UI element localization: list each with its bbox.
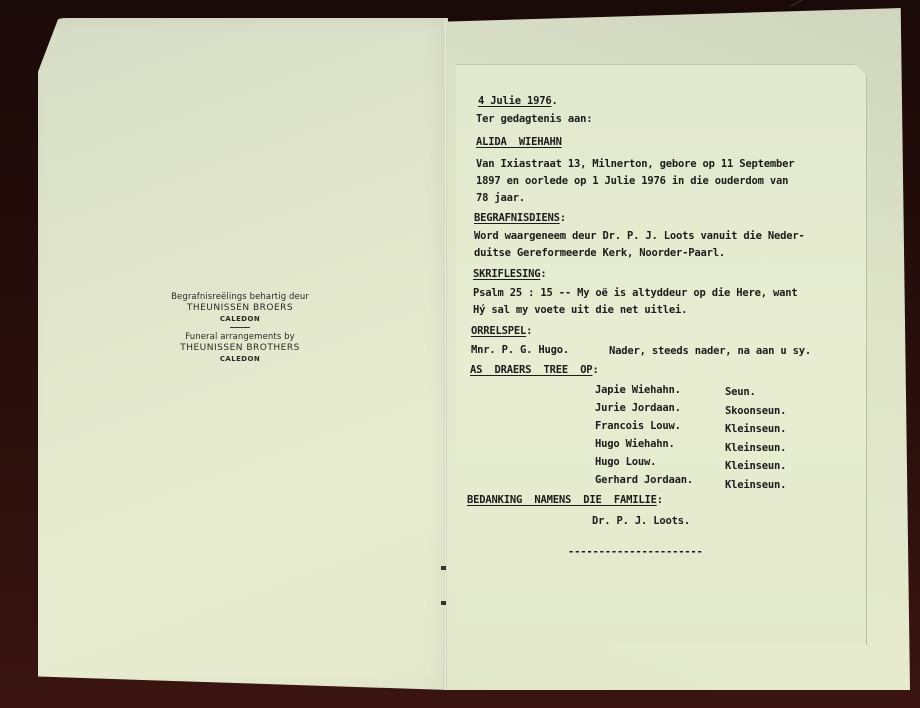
imprint-english-town: CALEDON <box>160 354 320 364</box>
closing-rule: ---------------------- <box>568 546 703 558</box>
bearer-relation: Skoonseun. <box>725 405 786 417</box>
bearer-relation: Kleinseun. <box>725 460 786 472</box>
dedication-line: Ter gedagtenis aan: <box>476 113 592 125</box>
bearer-relation: Seun. <box>725 386 756 398</box>
bearer-name: Hugo Louw. <box>595 456 656 468</box>
bearers-heading: AS DRAERS TREE OP: <box>470 364 599 376</box>
hymn-title: Nader, steeds nader, na aan u sy. <box>609 345 811 357</box>
booklet-spine <box>444 18 447 690</box>
imprint-english-company: THEUNISSEN BROTHERS <box>160 343 320 354</box>
bearer-name: Francois Louw. <box>595 420 681 432</box>
bearer-name: Japie Wiehahn. <box>595 384 681 396</box>
bearer-name: Gerhard Jordaan. <box>595 474 693 486</box>
scripture-heading: SKRIFLESING: <box>473 268 546 280</box>
bearer-name: Jurie Jordaan. <box>595 402 681 414</box>
imprint-english-caption: Funeral arrangements by <box>160 332 320 343</box>
bearer-relation: Kleinseun. <box>725 423 786 435</box>
bio-line: 1897 en oorlede op 1 Julie 1976 in die o… <box>476 175 788 187</box>
imprint-afrikaans-company: THEUNISSEN BROERS <box>160 303 320 314</box>
service-line: Word waargeneem deur Dr. P. J. Loots van… <box>474 230 805 242</box>
thanks-by: Dr. P. J. Loots. <box>592 515 690 527</box>
thanks-heading: BEDANKING NAMENS DIE FAMILIE: <box>467 494 663 506</box>
imprint-afrikaans-caption: Begrafnisreëlings behartig deur <box>160 292 320 303</box>
service-heading: BEGRAFNISDIENS: <box>474 212 566 224</box>
bearer-relation: Kleinseun. <box>725 442 786 454</box>
bearer-name: Hugo Wiehahn. <box>595 438 675 450</box>
bearer-relation: Kleinseun. <box>725 479 786 491</box>
page-fold-crease <box>790 0 879 7</box>
organ-heading: ORRELSPEL: <box>471 325 532 337</box>
staple <box>441 566 446 570</box>
deceased-name: ALIDA WIEHAHN <box>476 136 562 148</box>
organist-name: Mnr. P. G. Hugo. <box>471 344 569 356</box>
funeral-director-imprint: Begrafnisreëlings behartig deur THEUNISS… <box>160 292 320 364</box>
service-date: 4 Julie 1976. <box>478 95 558 107</box>
scripture-line: Hý sal my voete uit die net uitlei. <box>473 304 687 316</box>
bio-line: Van Ixiastraat 13, Milnerton, gebore op … <box>476 158 794 170</box>
imprint-afrikaans-town: CALEDON <box>160 314 320 324</box>
imprint-divider <box>230 327 250 328</box>
staple <box>441 601 446 605</box>
bio-line: 78 jaar. <box>476 192 525 204</box>
scripture-line: Psalm 25 : 15 -- My oë is altyddeur op d… <box>473 287 797 299</box>
service-line: duitse Gereformeerde Kerk, Noorder-Paarl… <box>474 247 725 259</box>
